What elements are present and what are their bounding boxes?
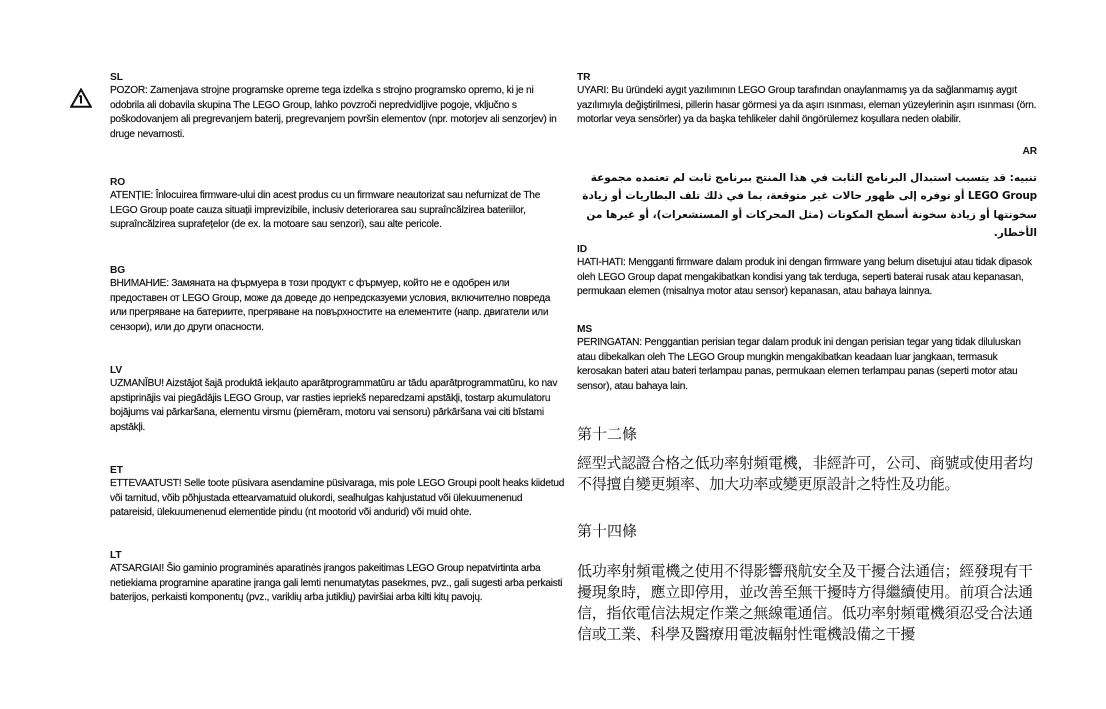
warning-section-et: ET ETTEVAATUST! Selle toote püsivara ase… (110, 465, 568, 550)
warning-text: ATSARGIAI! Šio gaminio programinės apara… (110, 562, 568, 606)
right-column: TR UYARI: Bu üründeki aygıt yazılımının … (577, 72, 1037, 645)
warning-section-id: ID HATI-HATI: Mengganti firmware dalam p… (577, 244, 1037, 324)
warning-text: UZMANĪBU! Aizstājot šajā produktā iekļau… (110, 377, 568, 435)
language-code: MS (577, 324, 1037, 336)
article-text: 低功率射頻電機之使用不得影響飛航安全及干擾合法通信；經發現有干擾現象時，應立即停… (577, 561, 1037, 645)
warning-section-lv: LV UZMANĪBU! Aizstājot šajā produktā iek… (110, 365, 568, 465)
language-code: TR (577, 72, 1037, 84)
warning-section-sl: SL POZOR: Zamenjava strojne programske o… (110, 72, 568, 177)
language-code: LT (110, 550, 568, 562)
language-code: ET (110, 465, 568, 477)
article-text: 經型式認證合格之低功率射頻電機，非經許可，公司、商號或使用者均不得擅自變更頻率、… (577, 453, 1037, 495)
language-code: RO (110, 177, 568, 189)
warning-text: HATI-HATI: Mengganti firmware dalam prod… (577, 256, 1037, 300)
warning-section-ms: MS PERINGATAN: Penggantian perisian tega… (577, 324, 1037, 424)
warning-text: ATENȚIE: Înlocuirea firmware-ului din ac… (110, 189, 568, 233)
warning-text: ETTEVAATUST! Selle toote püsivara asenda… (110, 477, 568, 521)
language-code: BG (110, 265, 568, 277)
warning-section-ro: RO ATENȚIE: Înlocuirea firmware-ului din… (110, 177, 568, 265)
taiwan-ncc-article-14: 第十四條 (577, 521, 1037, 561)
warning-text: POZOR: Zamenjava strojne programske opre… (110, 84, 568, 142)
left-column: SL POZOR: Zamenjava strojne programske o… (110, 72, 568, 606)
taiwan-ncc-article-14-body: 低功率射頻電機之使用不得影響飛航安全及干擾合法通信；經發現有干擾現象時，應立即停… (577, 561, 1037, 645)
warning-text: PERINGATAN: Penggantian perisian tegar d… (577, 336, 1037, 394)
warning-text: ВНИМАНИЕ: Замяната на фърмуера в този пр… (110, 277, 568, 335)
warning-text: UYARI: Bu üründeki aygıt yazılımının LEG… (577, 84, 1037, 128)
language-code: SL (110, 72, 568, 84)
warning-text: تنبيه: قد يتسبب استبدال البرنامج الثابت … (577, 169, 1037, 243)
language-code: ID (577, 244, 1037, 256)
warning-section-bg: BG ВНИМАНИЕ: Замяната на фърмуера в този… (110, 265, 568, 365)
language-code: AR (577, 146, 1037, 158)
warning-triangle-icon (70, 88, 92, 108)
warning-section-tr: TR UYARI: Bu üründeki aygıt yazılımının … (577, 72, 1037, 146)
article-heading: 第十二條 (577, 424, 1037, 444)
taiwan-ncc-article-12-body: 經型式認證合格之低功率射頻電機，非經許可，公司、商號或使用者均不得擅自變更頻率、… (577, 453, 1037, 521)
warning-section-lt: LT ATSARGIAI! Šio gaminio programinės ap… (110, 550, 568, 606)
article-heading: 第十四條 (577, 521, 1037, 541)
warning-section-ar: AR تنبيه: قد يتسبب استبدال البرنامج الثا… (577, 146, 1037, 244)
language-code: LV (110, 365, 568, 377)
